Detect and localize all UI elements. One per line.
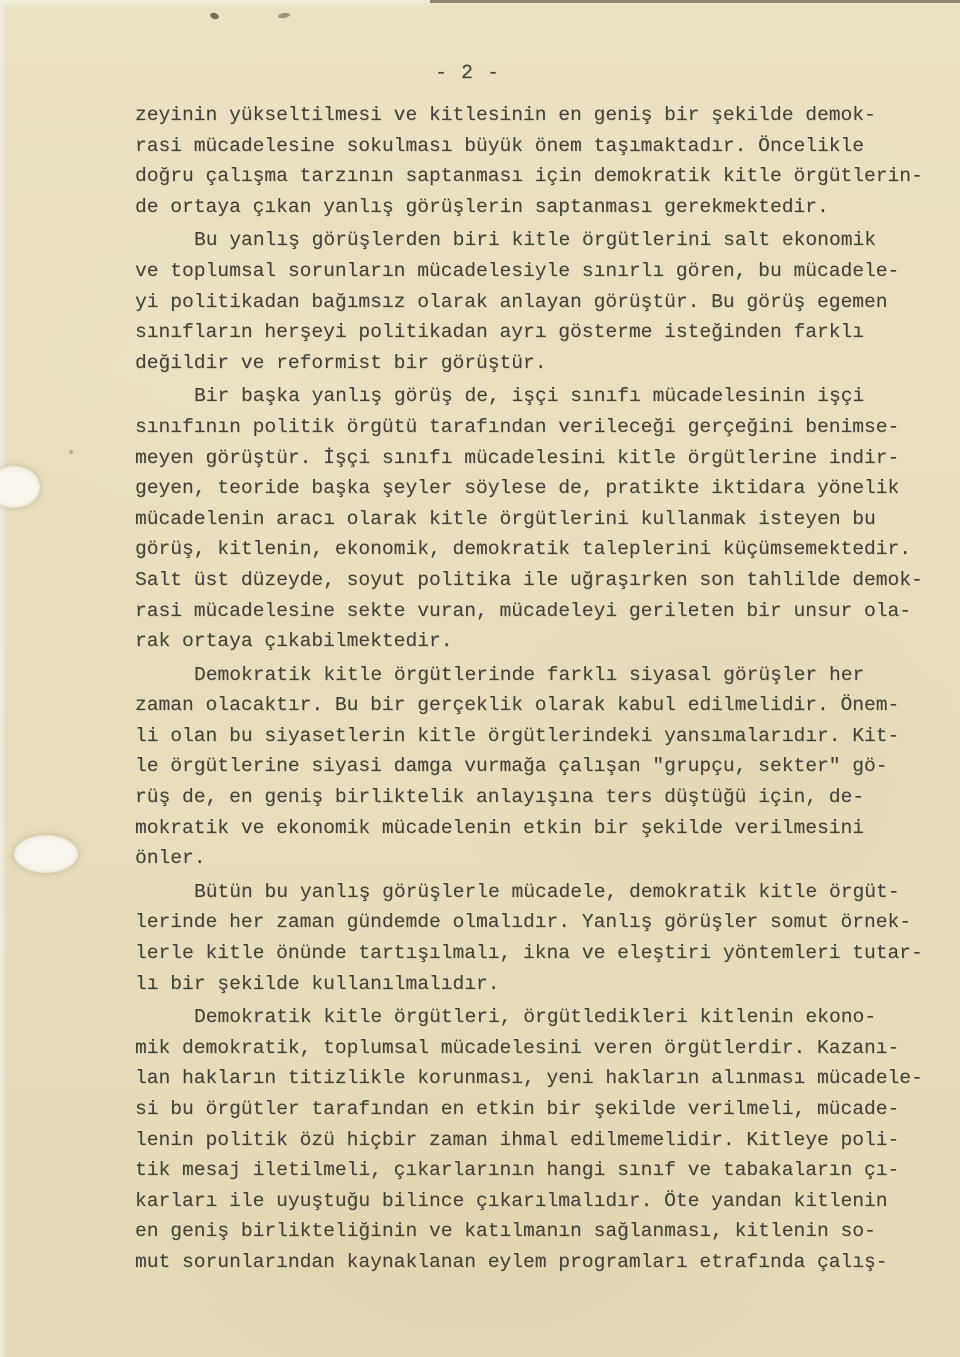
text-line: lerle kitle önünde tartışılmalı, ikna ve…	[135, 938, 935, 969]
paragraph: Bu yanlış görüşlerden biri kitle örgütle…	[135, 225, 935, 378]
text-line: mik demokratik, toplumsal mücadelesini v…	[135, 1033, 935, 1064]
text-line: en geniş birlikteliğinin ve katılmanın s…	[135, 1216, 935, 1247]
text-line: lan hakların titizlikle korunması, yeni …	[135, 1063, 935, 1094]
text-line: de ortaya çıkan yanlış görüşlerin saptan…	[135, 192, 935, 223]
text-line: önler.	[135, 843, 935, 874]
paragraph: Bir başka yanlış görüş de, işçi sınıfı m…	[135, 381, 935, 656]
text-line: geyen, teoride başka şeyler söylese de, …	[135, 473, 935, 504]
page-number: - 2 -	[435, 62, 500, 85]
text-line: Bütün bu yanlış görüşlerle mücadele, dem…	[135, 877, 935, 908]
paragraph: Bütün bu yanlış görüşlerle mücadele, dem…	[135, 877, 935, 999]
text-line: doğru çalışma tarzının saptanması için d…	[135, 161, 935, 192]
text-line: mücadelenin aracı olarak kitle örgütleri…	[135, 504, 935, 535]
text-line: Bir başka yanlış görüş de, işçi sınıfı m…	[135, 381, 935, 412]
document-body: zeyinin yükseltilmesi ve kitlesinin en g…	[135, 100, 935, 1281]
text-line: rasi mücadelesine sokulması büyük önem t…	[135, 131, 935, 162]
scan-edge-top-dark	[430, 0, 960, 3]
ink-speck	[278, 12, 291, 19]
paragraph: Demokratik kitle örgütlerinde farklı siy…	[135, 660, 935, 874]
scan-edge-left	[0, 0, 7, 1357]
ink-speck	[209, 12, 220, 21]
text-line: ve toplumsal sorunların mücadelesiyle sı…	[135, 256, 935, 287]
text-line: karları ile uyuştuğu bilince çıkarılmalı…	[135, 1186, 935, 1217]
text-line: rasi mücadelesine sekte vuran, mücadeley…	[135, 596, 935, 627]
paragraph: zeyinin yükseltilmesi ve kitlesinin en g…	[135, 100, 935, 222]
text-line: görüş, kitlenin, ekonomik, demokratik ta…	[135, 534, 935, 565]
text-line: tik mesaj iletilmeli, çıkarlarının hangi…	[135, 1155, 935, 1186]
text-line: rak ortaya çıkabilmektedir.	[135, 626, 935, 657]
text-line: değildir ve reformist bir görüştür.	[135, 348, 935, 379]
text-line: le örgütlerine siyasi damga vurmağa çalı…	[135, 751, 935, 782]
text-line: mut sorunlarından kaynaklanan eylem prog…	[135, 1247, 935, 1278]
text-line: si bu örgütler tarafından en etkin bir ş…	[135, 1094, 935, 1125]
text-line: yi politikadan bağımsız olarak anlayan g…	[135, 287, 935, 318]
text-line: lenin politik özü hiçbir zaman ihmal edi…	[135, 1125, 935, 1156]
hole-punch-mark	[14, 835, 78, 873]
text-line: sınıfların herşeyi politikadan ayrı göst…	[135, 317, 935, 348]
text-line: Demokratik kitle örgütleri, örgütledikle…	[135, 1002, 935, 1033]
hole-punch-mark	[0, 466, 40, 508]
text-line: zaman olacaktır. Bu bir gerçeklik olarak…	[135, 690, 935, 721]
text-line: li olan bu siyasetlerin kitle örgütlerin…	[135, 721, 935, 752]
text-line: lerinde her zaman gündemde olmalıdır. Ya…	[135, 907, 935, 938]
text-line: mokratik ve ekonomik mücadelenin etkin b…	[135, 813, 935, 844]
text-line: zeyinin yükseltilmesi ve kitlesinin en g…	[135, 100, 935, 131]
text-line: Demokratik kitle örgütlerinde farklı siy…	[135, 660, 935, 691]
text-line: Bu yanlış görüşlerden biri kitle örgütle…	[135, 225, 935, 256]
text-line: rüş de, en geniş birliktelik anlayışına …	[135, 782, 935, 813]
scan-edge-top-light	[0, 0, 430, 8]
text-line: lı bir şekilde kullanılmalıdır.	[135, 969, 935, 1000]
text-line: meyen görüştür. İşçi sınıfı mücadelesini…	[135, 443, 935, 474]
text-line: sınıfının politik örgütü tarafından veri…	[135, 412, 935, 443]
paragraph: Demokratik kitle örgütleri, örgütledikle…	[135, 1002, 935, 1277]
scanned-page: - 2 - zeyinin yükseltilmesi ve kitlesini…	[0, 0, 960, 1357]
ink-speck	[69, 450, 73, 454]
text-line: Salt üst düzeyde, soyut politika ile uğr…	[135, 565, 935, 596]
